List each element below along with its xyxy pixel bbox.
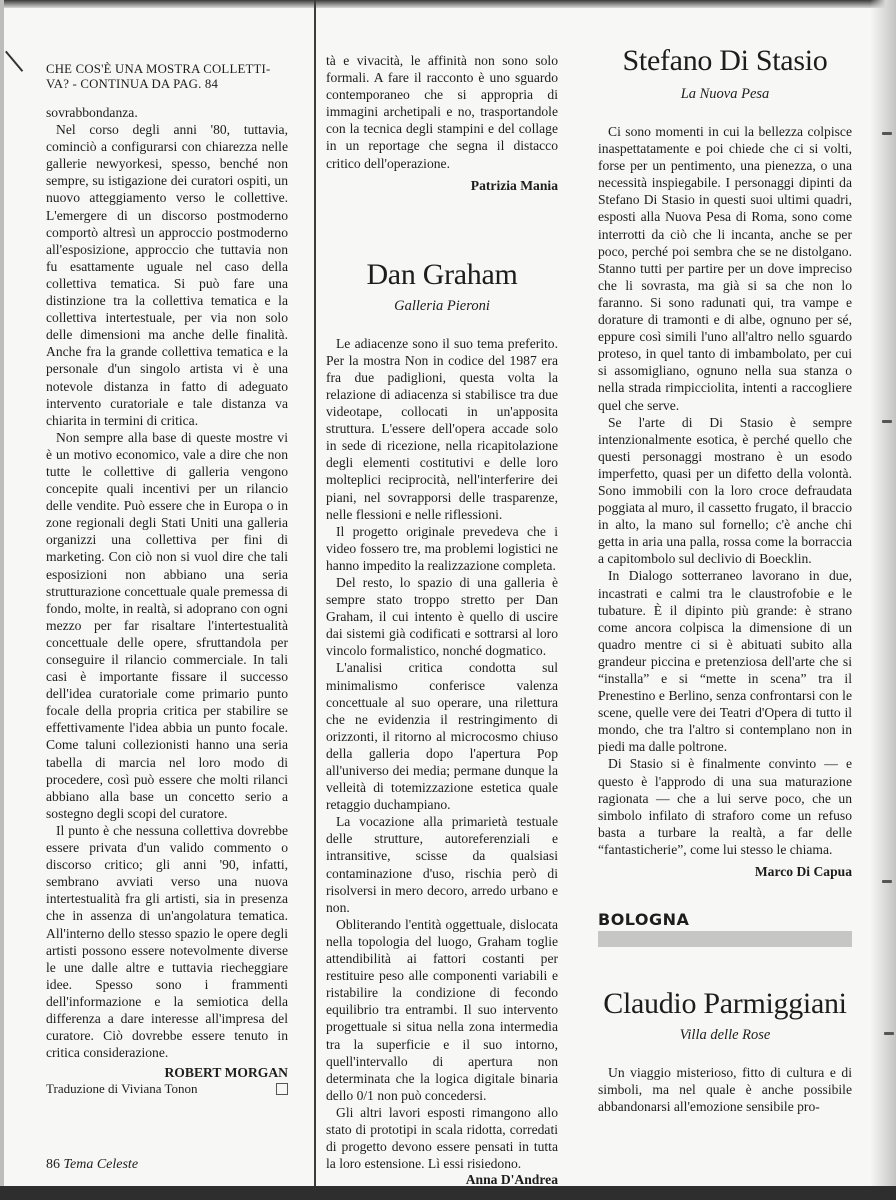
article-paragraph: La vocazione alla primarietà testuale de… — [326, 813, 558, 916]
margin-tick-mark — [882, 880, 892, 883]
scan-top-edge — [0, 0, 896, 8]
publication-name: Tema Celeste — [64, 1157, 139, 1172]
page-right-shadow — [870, 0, 896, 1186]
article-paragraph: Le adiacenze sono il suo tema preferito.… — [326, 335, 558, 523]
end-of-article-box-icon — [276, 1083, 288, 1095]
article-paragraph: L'analisi critica condotta sul minimalis… — [326, 659, 558, 813]
spine-mark — [5, 51, 23, 72]
article-title: Stefano Di Stasio — [598, 44, 852, 78]
margin-tick-mark — [882, 420, 892, 423]
translation-note: Traduzione di Viviana Tonon — [46, 1081, 198, 1097]
article-paragraph: Obliterando l'entità oggettuale, disloca… — [326, 916, 558, 1104]
article-title: Claudio Parmiggiani — [598, 987, 852, 1021]
article-paragraph: Il punto è che nessuna collettiva dovreb… — [46, 822, 288, 1061]
article-venue: Villa delle Rose — [598, 1027, 852, 1044]
article-venue: Galleria Pieroni — [326, 298, 558, 315]
article-paragraph: Non sempre alla base di queste mostre vi… — [46, 429, 288, 822]
continuation-header-line2: VA? - CONTINUA DA PAG. 84 — [46, 77, 296, 92]
article-paragraph: sovrabbondanza. — [46, 104, 288, 121]
scan-bottom-edge — [0, 1186, 896, 1200]
page-footer: 86 Tema Celeste — [46, 1157, 138, 1173]
article-paragraph: In Dialogo sotterraneo lavorano in due, … — [598, 567, 852, 755]
article-paragraph: Un viaggio misterioso, fitto di cultura … — [598, 1064, 852, 1115]
middle-column: tà e vivacità, le affinità non sono solo… — [326, 52, 558, 1188]
article-paragraph: Ci sono momenti in cui la bellezza colpi… — [598, 123, 852, 414]
column-divider-rule — [314, 0, 316, 1186]
continuation-header: CHE COS'È UNA MOSTRA COLLETTI- VA? - CON… — [46, 62, 296, 92]
page-left-edge — [0, 0, 4, 1186]
translation-line: Traduzione di Viviana Tonon — [46, 1081, 288, 1097]
margin-tick-mark — [882, 132, 892, 135]
left-column-article: sovrabbondanza. Nel corso degli anni '80… — [46, 104, 288, 1097]
continuation-paragraph: tà e vivacità, le affinità non sono solo… — [326, 52, 558, 172]
section-label-city: BOLOGNA — [598, 910, 852, 929]
magazine-page: CHE COS'È UNA MOSTRA COLLETTI- VA? - CON… — [0, 0, 896, 1186]
article-author: ROBERT MORGAN — [46, 1065, 288, 1081]
section-band — [598, 931, 852, 947]
article-title: Dan Graham — [326, 258, 558, 292]
continuation-header-line1: CHE COS'È UNA MOSTRA COLLETTI- — [46, 62, 296, 77]
article-venue: La Nuova Pesa — [598, 86, 852, 103]
article-paragraph: Il progetto originale prevedeva che i vi… — [326, 523, 558, 574]
article-paragraph: Nel corso degli anni '80, tuttavia, comi… — [46, 121, 288, 429]
article-paragraph: Se l'arte di Di Stasio è sempre intenzio… — [598, 414, 852, 568]
margin-tick-mark — [884, 1032, 894, 1035]
article-author: Marco Di Capua — [598, 864, 852, 880]
page-number: 86 — [46, 1157, 60, 1172]
article-paragraph: Di Stasio si è finalmente convinto — e q… — [598, 755, 852, 858]
right-column: Stefano Di Stasio La Nuova Pesa Ci sono … — [598, 44, 852, 1115]
article-paragraph: Del resto, lo spazio di una galleria è s… — [326, 574, 558, 659]
article-paragraph: Gli altri lavori esposti rimangono allo … — [326, 1104, 558, 1172]
continuation-author: Patrizia Mania — [326, 178, 558, 194]
